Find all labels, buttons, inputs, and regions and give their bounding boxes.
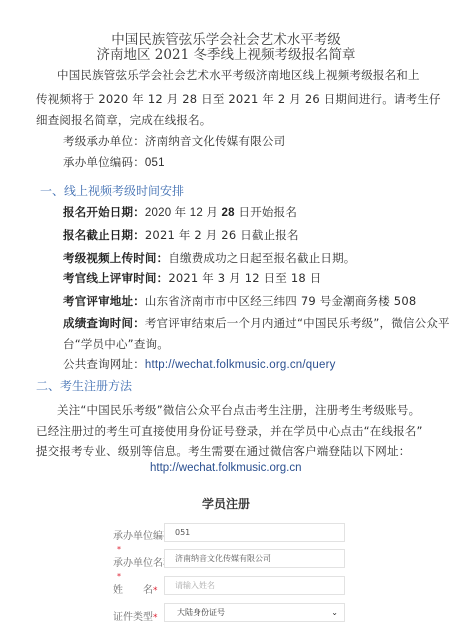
required-marker: * xyxy=(117,572,121,581)
schedule-label: 成绩查询时间： xyxy=(63,316,145,330)
schedule-row-results-cont: 台“学员中心”查询。 xyxy=(63,336,169,352)
query-link[interactable]: http://wechat.folkmusic.org.cn/query xyxy=(145,359,336,371)
required-marker: * xyxy=(117,545,121,554)
section1-heading: 一、线上视频考级时间安排 xyxy=(40,182,184,199)
field-label-id-type: 证件类型* xyxy=(113,608,158,623)
intro-line2: 传视频将于 2020 年 12 月 28 日至 2021 年 2 月 26 日期… xyxy=(36,91,441,107)
schedule-value: 山东省济南市市中区经三纬四 79 号金潮商务楼 508 xyxy=(145,294,416,308)
required-marker: * xyxy=(153,613,158,623)
schedule-label: 考官评审地址： xyxy=(63,294,145,308)
section2-heading: 二、考生注册方法 xyxy=(36,377,132,394)
register-link[interactable]: http://wechat.folkmusic.org.cn xyxy=(150,462,301,474)
intro-line3: 细查阅报名简章，完成在线报名。 xyxy=(36,112,212,128)
schedule-label: 考官线上评审时间： xyxy=(63,271,168,285)
query-label: 公共查询网址： xyxy=(63,357,145,371)
chevron-down-icon: ⌄ xyxy=(331,604,338,621)
schedule-value: 自缴费成功之日起至报名截止日期。 xyxy=(168,251,355,265)
org-name-input[interactable]: 济南纳音文化传媒有限公司 xyxy=(164,549,345,568)
schedule-value: 2021 年 3 月 12 日至 18 日 xyxy=(168,271,321,285)
document-title-line1: 中国民族管弦乐学会社会艺术水平考级 xyxy=(0,33,452,48)
schedule-row-start: 报名开始日期：2020 年 12 月 28 日开始报名 xyxy=(63,204,297,220)
schedule-row-results: 成绩查询时间：考官评审结束后一个月内通过“中国民乐考级”，微信公众平 xyxy=(63,315,450,331)
schedule-row-review: 考官线上评审时间：2021 年 3 月 12 日至 18 日 xyxy=(63,270,321,286)
name-input[interactable]: 请输入姓名 xyxy=(164,576,345,595)
document-title-line2: 济南地区 2021 冬季线上视频考级报名简章 xyxy=(0,48,452,63)
field-label-name: 姓名* xyxy=(113,581,158,596)
form-title: 学员注册 xyxy=(0,495,452,512)
org-code-input[interactable]: 051 xyxy=(164,523,345,542)
organizer-code-value: 051 xyxy=(145,157,165,169)
intro-line1: 中国民族管弦乐学会社会艺术水平考级济南地区线上视频考级报名和上 xyxy=(57,67,420,83)
required-marker: * xyxy=(153,586,158,596)
schedule-value: 考官评审结束后一个月内通过“中国民乐考级”，微信公众平 xyxy=(145,316,450,330)
organizer-label: 考级承办单位： xyxy=(63,134,145,148)
schedule-label: 报名截止日期： xyxy=(63,228,145,242)
query-row: 公共查询网址：http://wechat.folkmusic.org.cn/qu… xyxy=(63,356,336,372)
organizer-code-row: 承办单位编码：051 xyxy=(63,154,165,170)
id-type-select[interactable]: 大陆身份证号 ⌄ xyxy=(164,603,345,622)
schedule-row-end: 报名截止日期：2021 年 2 月 26 日截止报名 xyxy=(63,227,299,243)
organizer-row: 考级承办单位：济南纳音文化传媒有限公司 xyxy=(63,133,285,149)
schedule-value: 2021 年 2 月 26 日截止报名 xyxy=(145,228,299,242)
register-line1: 关注“中国民乐考级”微信公众平台点击考生注册，注册考生考级账号。 xyxy=(57,402,420,418)
register-line2: 已经注册过的考生可直接使用身份证号登录，并在学员中心点击“在线报名” xyxy=(36,423,423,439)
schedule-row-address: 考官评审地址：山东省济南市市中区经三纬四 79 号金潮商务楼 508 xyxy=(63,293,416,309)
organizer-value: 济南纳音文化传媒有限公司 xyxy=(145,134,285,148)
schedule-row-upload: 考级视频上传时间：自缴费成功之日起至报名截止日期。 xyxy=(63,250,356,266)
organizer-code-label: 承办单位编码： xyxy=(63,155,145,169)
register-line3: 提交报考专业、级别等信息。考生需要在通过微信客户端登陆以下网址： xyxy=(36,443,410,459)
schedule-label: 报名开始日期： xyxy=(63,205,145,219)
schedule-label: 考级视频上传时间： xyxy=(63,251,168,265)
